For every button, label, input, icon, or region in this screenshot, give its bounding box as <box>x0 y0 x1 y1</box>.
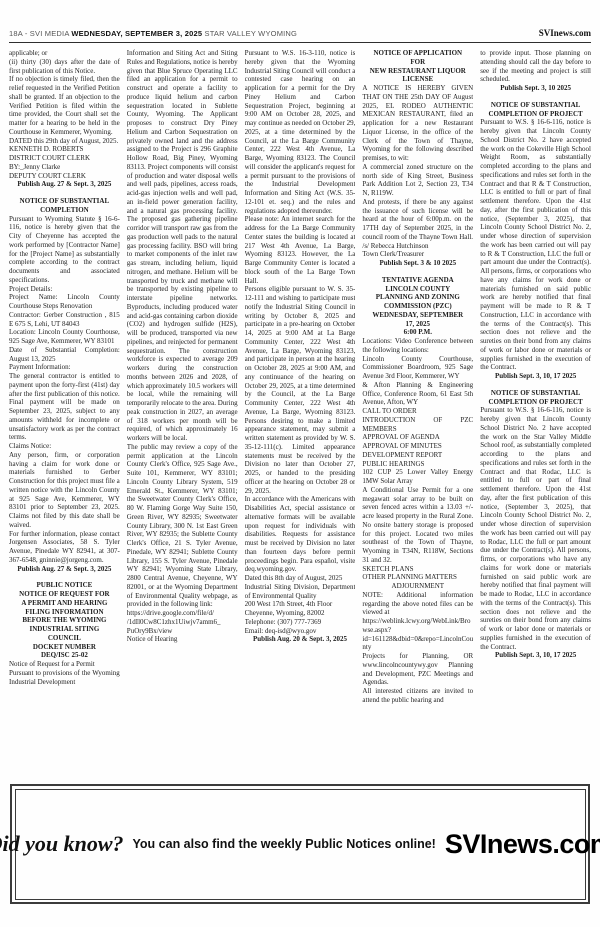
notice-paragraph: Town Clerk/Treasurer <box>362 250 473 259</box>
masthead: 18A - SVI MEDIA WEDNESDAY, SEPTEMBER 3, … <box>9 0 591 43</box>
notice-paragraph: Pursuant to W.S. 16-3-110, notice is her… <box>245 49 356 215</box>
masthead-website: SVInews.com <box>539 28 591 38</box>
notice-paragraph: A commercial zoned structure on the nort… <box>362 163 473 198</box>
notice-paragraph: Please note: An internet search for the … <box>245 215 356 285</box>
notice-heading: NOTICE OF SUBSTANTIAL COMPLETION <box>9 197 120 215</box>
notice-paragraph: to provide input. Those planning on atte… <box>480 49 591 84</box>
notice-heading: PUBLIC NOTICE NOTICE OF REQUEST FOR A PE… <box>9 581 120 660</box>
notice-paragraph: Information and Siting Act and Siting Ru… <box>127 49 238 443</box>
notice-paragraph: https://weblink.lcwy.org/WebLink/Browse.… <box>362 617 473 652</box>
notice-paragraph: Payment Information: <box>9 363 120 372</box>
notice-paragraph: And protests, if there be any against th… <box>362 198 473 242</box>
notice-paragraph: Projects for Planning, OR www.lincolncou… <box>362 652 473 687</box>
notice-paragraph: A Conditional Use Permit for a one megaw… <box>362 486 473 565</box>
notice-paragraph: /s/ Rebecca Hutchinson <box>362 242 473 251</box>
notice-paragraph: 200 West 17th Street, 4th Floor <box>245 600 356 609</box>
publish-line: Publish Aug. 20 & Sept. 3, 2025 <box>245 635 356 644</box>
notice-paragraph: ADJOURNMENT <box>362 582 473 591</box>
notice-paragraph: Lincoln County Courthouse, Commissioner … <box>362 355 473 381</box>
notice-paragraph: Pursuant to W.S. § 16-6-116, notice is h… <box>480 118 591 372</box>
notice-paragraph: The public may review a copy of the perm… <box>127 443 238 609</box>
notice-paragraph: Location: Lincoln County Courthouse, 925… <box>9 328 120 346</box>
notice-paragraph: All interested citizens are invited to a… <box>362 687 473 705</box>
notice-paragraph: A NOTICE IS HEREBY GIVEN THAT ON THE 25t… <box>362 84 473 163</box>
notice-paragraph: For further information, please contact … <box>9 530 120 565</box>
notice-paragraph: NOTE: Additional information regarding t… <box>362 591 473 617</box>
notice-paragraph: DATED this 29th day of August, 2025. <box>9 137 120 146</box>
notice-paragraph: SKETCH PLANS <box>362 565 473 574</box>
notice-column-3: Pursuant to W.S. 16-3-110, notice is her… <box>245 49 356 779</box>
notice-paragraph: DISTRICT COURT CLERK <box>9 154 120 163</box>
notice-paragraph: https://drive.google.com/file/d/ /1dIl0C… <box>127 609 238 635</box>
notice-paragraph: DEPUTY COURT CLERK <box>9 172 120 181</box>
banner-inner-rule: Did you know? You can also find the week… <box>15 789 586 900</box>
notice-paragraph: Notice of Hearing <box>127 635 238 644</box>
notice-paragraph: The general contractor is entitled to pa… <box>9 372 120 442</box>
issue-date: WEDNESDAY, SEPTEMBER 3, 2025 <box>71 29 202 38</box>
notice-paragraph: Email: deq-isd@wyo.gov <box>245 627 356 636</box>
notice-paragraph: DEVELOPMENT REPORT <box>362 451 473 460</box>
publish-line: Publish Aug. 27 & Sept. 3, 2025 <box>9 565 120 574</box>
notice-paragraph: OTHER PLANNING MATTERS <box>362 573 473 582</box>
notice-paragraph: Pursuant to provisions of the Wyoming In… <box>9 669 120 687</box>
notice-paragraph: Locations: Video Conference between the … <box>362 337 473 355</box>
notice-heading: NOTICE OF SUBSTANTIAL COMPLETION OF PROJ… <box>480 389 591 407</box>
notices-columns: applicable; or(ii) thirty (30) days afte… <box>9 49 591 779</box>
region-label: STAR VALLEY WYOMING <box>205 29 298 38</box>
notice-paragraph: PUBLIC HEARINGS <box>362 460 473 469</box>
newspaper-page: 18A - SVI MEDIA WEDNESDAY, SEPTEMBER 3, … <box>0 0 600 927</box>
notice-heading: NOTICE OF APPLICATION FOR NEW RESTAURANT… <box>362 49 473 84</box>
notice-paragraph: Project Details: <box>9 285 120 294</box>
page-number-label: 18A - SVI MEDIA <box>9 29 69 38</box>
notice-paragraph: Any person, firm, or corporation having … <box>9 451 120 530</box>
notice-paragraph: Industrial Siting Division, Department o… <box>245 583 356 601</box>
notice-paragraph: Persons eligible pursuant to W. S. 35-12… <box>245 285 356 495</box>
banner-website: SVInews.com <box>445 829 600 860</box>
notice-paragraph: CALL TO ORDER <box>362 407 473 416</box>
notice-paragraph: & Afton Planning & Engineering Office, C… <box>362 381 473 407</box>
notice-paragraph: Contractor: Gerber Construction , 815 E … <box>9 311 120 329</box>
publish-line: Publish Sept. 3 & 10 2025 <box>362 259 473 268</box>
notice-paragraph: In accordance with the Americans with Di… <box>245 495 356 574</box>
notice-column-2: Information and Siting Act and Siting Ru… <box>127 49 238 779</box>
notice-paragraph: (ii) thirty (30) days after the date of … <box>9 58 120 76</box>
public-notices-banner: Did you know? You can also find the week… <box>10 784 590 904</box>
publish-line: Publish Sept. 3, 10, 17 2025 <box>480 651 591 660</box>
notice-paragraph: Dated this 8th day of August, 2025 <box>245 574 356 583</box>
notice-paragraph: Telephone: (307) 777-7369 <box>245 618 356 627</box>
notice-paragraph: Claims Notice: <box>9 442 120 451</box>
banner-prompt: Did you know? <box>0 831 124 857</box>
publish-line: Publish Sept. 3, 10, 17 2025 <box>480 372 591 381</box>
notice-column-5: to provide input. Those planning on atte… <box>480 49 591 779</box>
masthead-left: 18A - SVI MEDIA WEDNESDAY, SEPTEMBER 3, … <box>9 29 297 38</box>
notice-paragraph: Date of Substantial Completion: August 1… <box>9 346 120 364</box>
notice-heading: NOTICE OF SUBSTANTIAL COMPLETION OF PROJ… <box>480 101 591 119</box>
notice-paragraph: KENNETH D. ROBERTS <box>9 145 120 154</box>
notice-paragraph: BY:_Jenny Clarke <box>9 163 120 172</box>
notice-paragraph: Notice of Request for a Permit <box>9 660 120 669</box>
notice-column-1: applicable; or(ii) thirty (30) days afte… <box>9 49 120 779</box>
notice-paragraph: APPROVAL OF MINUTES <box>362 442 473 451</box>
notice-heading: TENTATIVE AGENDA LINCOLN COUNTY PLANNING… <box>362 276 473 337</box>
publish-line: Publish Sept. 3, 10 2025 <box>480 84 591 93</box>
notice-paragraph: Project Name: Lincoln County Courthouse … <box>9 293 120 311</box>
notice-paragraph: Pursuant to Wyoming Statute § 16-6-116, … <box>9 215 120 285</box>
notice-column-4: NOTICE OF APPLICATION FOR NEW RESTAURANT… <box>362 49 473 779</box>
notice-paragraph: If no objection is timely filed, then th… <box>9 75 120 136</box>
notice-paragraph: 102 CUP 25 Lower Valley Energy 1MW Solar… <box>362 468 473 486</box>
notice-paragraph: Pursuant to W.S. § 16-6-116, notice is h… <box>480 406 591 651</box>
notice-paragraph: APPROVAL OF AGENDA <box>362 433 473 442</box>
banner-message: You can also find the weekly Public Noti… <box>133 837 436 851</box>
notice-paragraph: INTRODUCTION OF PZC MEMBERS <box>362 416 473 434</box>
notice-paragraph: applicable; or <box>9 49 120 58</box>
publish-line: Publish Aug. 27 & Sept. 3, 2025 <box>9 180 120 189</box>
notice-paragraph: Cheyenne, Wyoming, 82002 <box>245 609 356 618</box>
